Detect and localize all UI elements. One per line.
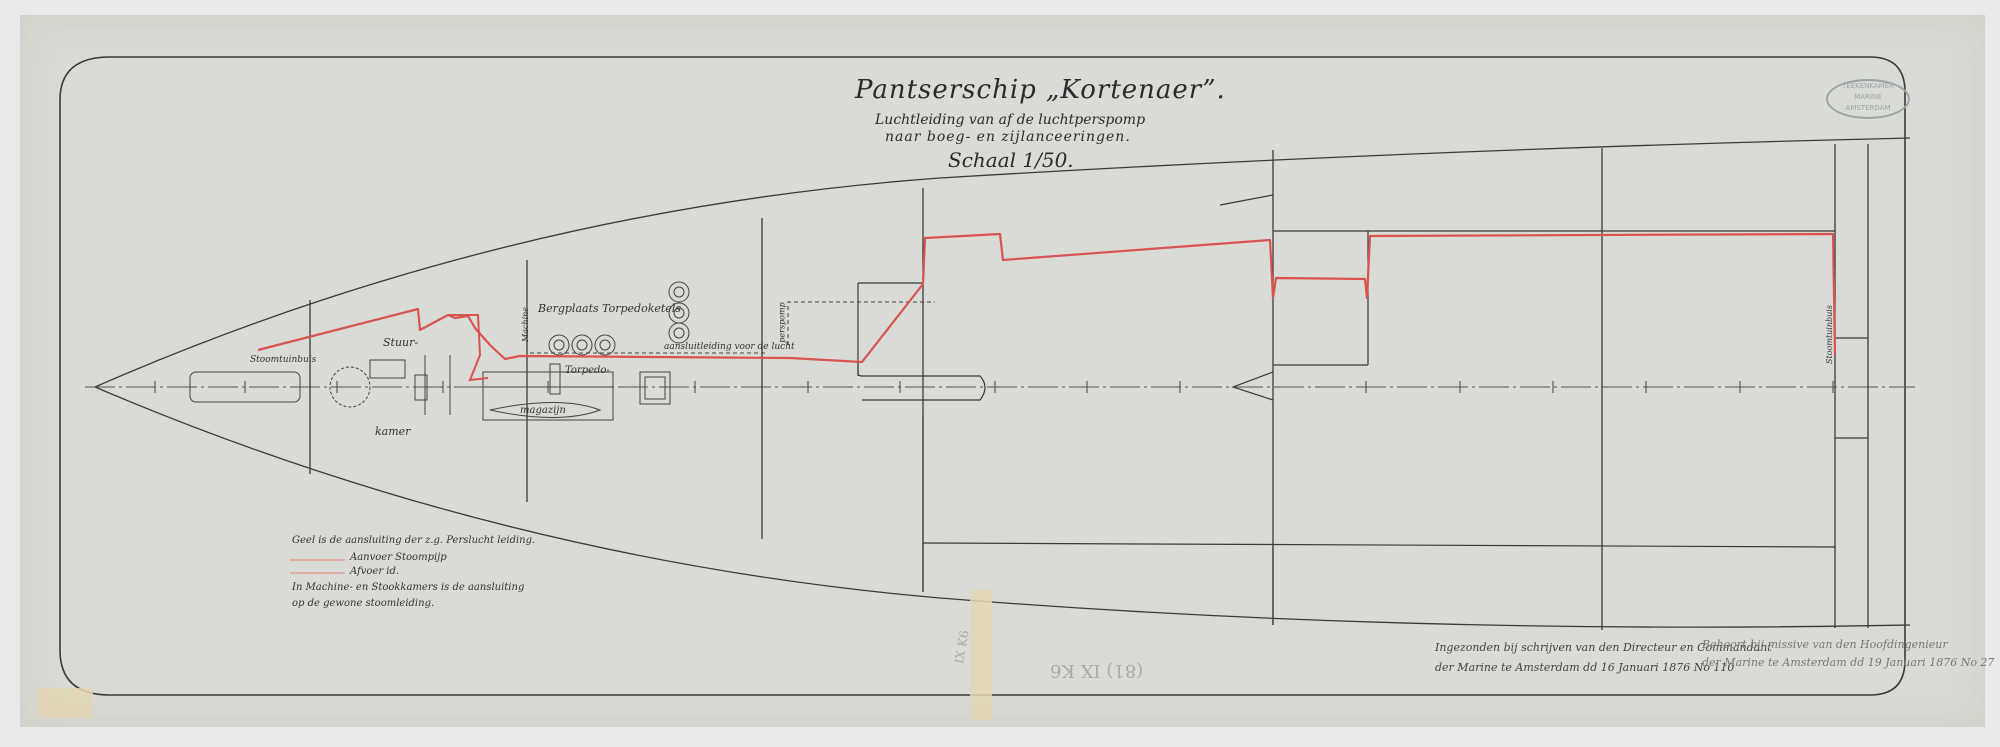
archive-mark: (81) IX K6 xyxy=(1050,660,1143,681)
label-stern-vertical: Stoomtuinbuis xyxy=(1825,305,1834,364)
drawing-subtitle-line1: Luchtleiding van af de luchtperspomp xyxy=(875,112,1145,128)
label-steering: Stuur- xyxy=(383,336,418,349)
label-machine: Machine xyxy=(521,307,530,342)
tape-patch xyxy=(38,688,93,718)
signature-left-line2: der Marine te Amsterdam dd 16 Januari 18… xyxy=(1435,661,1734,674)
drawing-scale: Schaal 1/50. xyxy=(948,148,1074,172)
air-pipeline-secondary xyxy=(448,315,488,380)
label-stern-tube: Stoomtuinbuis xyxy=(250,355,316,365)
signature-right-line2: der Marine te Amsterdam dd 19 Januari 18… xyxy=(1702,656,1994,669)
stamp-line1: TEEKENKAMER xyxy=(1828,81,1908,92)
archive-stamp: TEEKENKAMER MARINE AMSTERDAM xyxy=(1826,79,1910,119)
drawing-subtitle-line2: naar boeg- en zijlanceeringen. xyxy=(885,129,1131,145)
label-chamber: kamer xyxy=(375,425,410,438)
tape-strip xyxy=(970,590,992,720)
drawing-title: Pantserschip „Kortenaer”. xyxy=(855,75,1226,105)
signature-right-line1: Behoort bij missive van den Hoofdingenie… xyxy=(1702,638,1948,651)
legend-return-label: Afvoer id. xyxy=(350,566,399,577)
legend-line1: Geel is de aansluiting der z.g. Persluch… xyxy=(292,535,535,546)
label-supply-line: aansluitleiding voor de lucht xyxy=(664,342,795,352)
label-torpedo-2: magazijn xyxy=(520,405,566,416)
stamp-line3: AMSTERDAM xyxy=(1828,103,1908,114)
label-torpedo-boilers: Bergplaats Torpedoketels xyxy=(538,302,681,315)
label-compressor: perspomp xyxy=(778,302,787,342)
legend-line4: In Machine- en Stookkamers is de aanslui… xyxy=(292,582,524,593)
air-pipeline xyxy=(258,234,1835,362)
label-torpedo-1: Torpedo- xyxy=(565,365,610,376)
legend-line5: op de gewone stoomleiding. xyxy=(292,598,434,609)
stamp-line2: MARINE xyxy=(1828,92,1908,103)
legend-supply-label: Aanvoer Stoompijp xyxy=(350,552,447,563)
